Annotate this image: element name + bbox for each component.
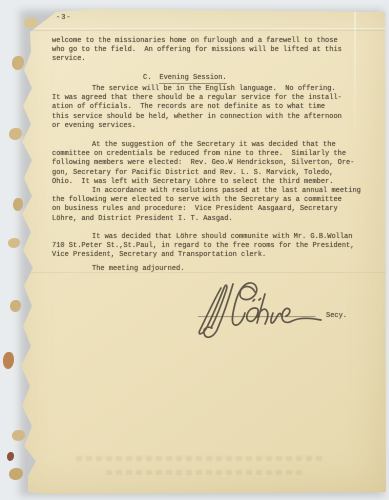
text-line: on business rules and procedure: Vice Pr…	[52, 205, 352, 214]
page-number: -3-	[56, 14, 72, 23]
paragraph: In accordance with resolutions passed at…	[52, 187, 352, 224]
text-line: The meeting adjourned.	[52, 265, 352, 274]
paragraph: At the suggestion of the Secretary it wa…	[52, 141, 352, 187]
ink-stain	[7, 452, 14, 461]
section-heading-title: Evening Session.	[159, 74, 226, 84]
signature-title: Secy.	[326, 312, 347, 321]
text-line: welcome to the missionaries home on furl…	[52, 37, 352, 46]
text-line: At the suggestion of the Secretary it wa…	[52, 141, 352, 150]
text-line: or evening services.	[52, 122, 352, 131]
text-line: who go to the field. An offering for mis…	[52, 46, 352, 55]
text-line: following members were elected: Rev. Geo…	[52, 159, 352, 168]
text-line: In accordance with resolutions passed at…	[52, 187, 352, 196]
section-heading-letter: C.	[143, 74, 151, 82]
scanned-document-page: -3- welcome to the missionaries home on …	[0, 0, 389, 500]
text-line: The service will be in the English langu…	[52, 85, 352, 94]
paragraph: The service will be in the English langu…	[52, 85, 352, 131]
typewritten-text-layer: -3- welcome to the missionaries home on …	[16, 6, 386, 494]
rust-stain	[3, 352, 14, 369]
signature-rule: ____________________________	[198, 311, 316, 320]
text-line: service.	[52, 55, 352, 64]
text-line: ation of officials. The records are not …	[52, 103, 352, 112]
text-line: It was decided that Löhre should communi…	[52, 233, 352, 242]
paragraph-continuation: welcome to the missionaries home on furl…	[52, 37, 352, 65]
text-line: Löhre, and District President I. T. Aasg…	[52, 215, 352, 224]
text-line: Vice President, Secretary and Transporta…	[52, 251, 352, 260]
text-line: gon, Secretary for Pacific District and …	[52, 169, 352, 178]
section-heading: C.Evening Session.	[143, 74, 227, 83]
paragraph: It was decided that Löhre should communi…	[52, 233, 352, 261]
text-line: Ohio. It was left with Secretary Löhre t…	[52, 178, 352, 187]
text-line: this service should be held, whether in …	[52, 113, 352, 122]
paragraph-closing: The meeting adjourned.	[52, 265, 352, 274]
signature-handwriting	[193, 276, 343, 338]
